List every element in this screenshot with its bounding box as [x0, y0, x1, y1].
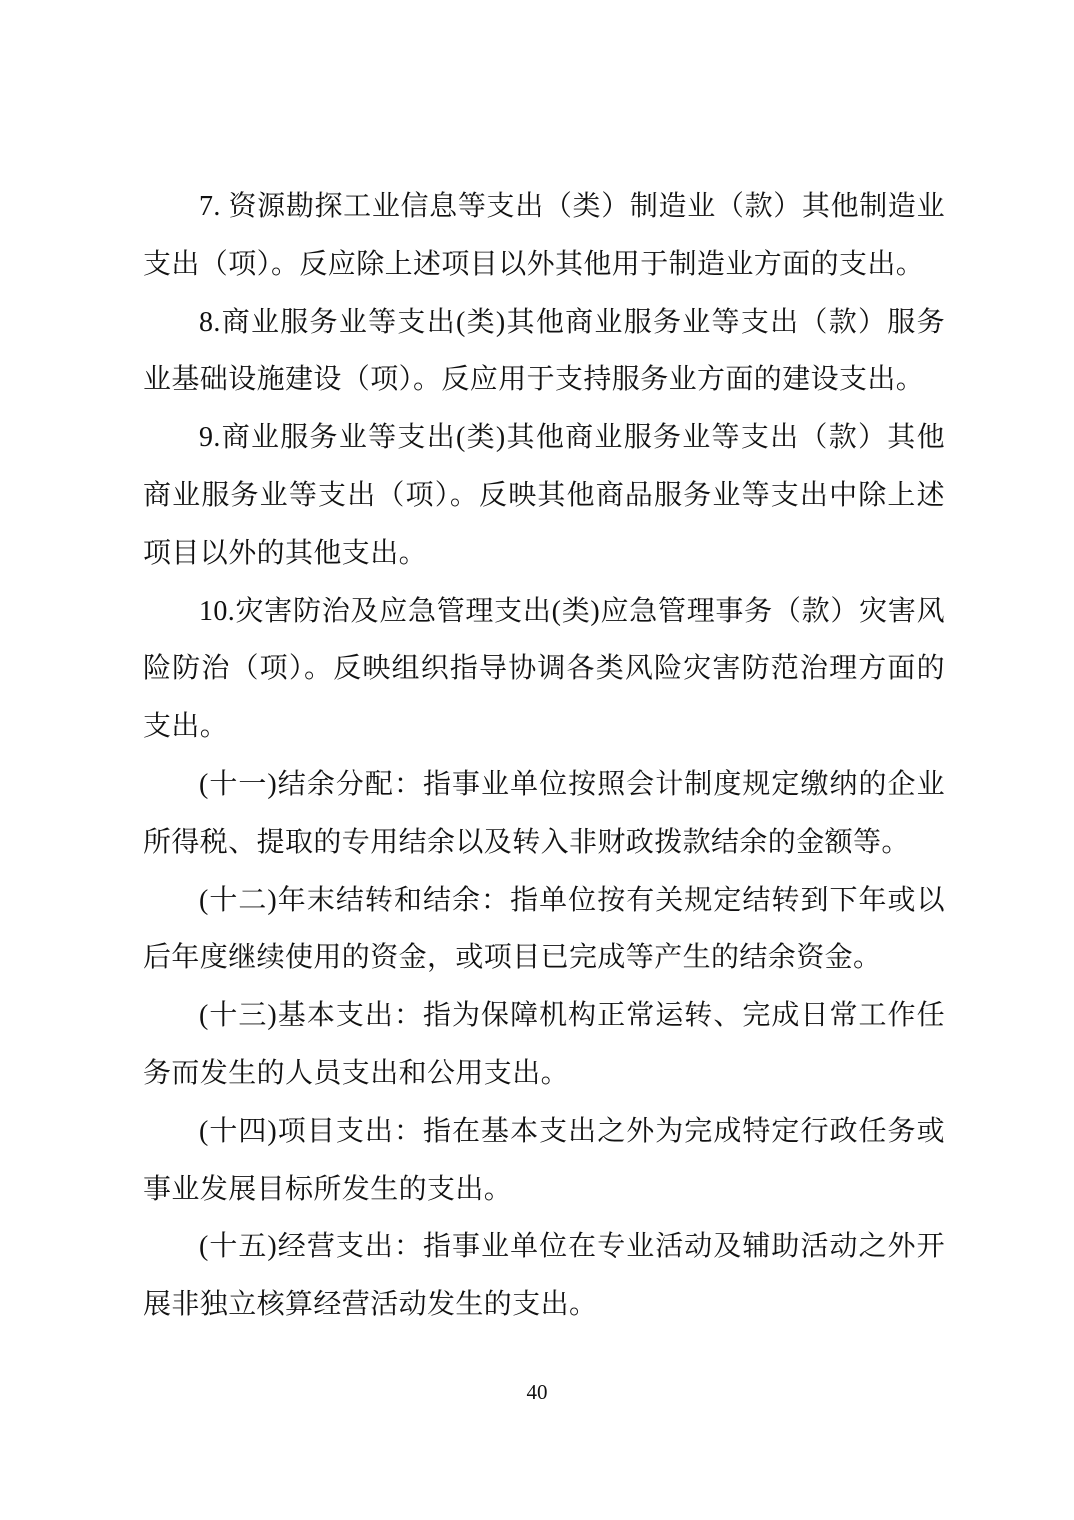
paragraph-item-7: 7. 资源勘探工业信息等支出（类）制造业（款）其他制造业支出（项）。反应除上述项… — [143, 178, 945, 294]
paragraph-item-10: 10.灾害防治及应急管理支出(类)应急管理事务（款）灾害风险防治（项）。反映组织… — [143, 583, 945, 756]
paragraph-item-8: 8.商业服务业等支出(类)其他商业服务业等支出（款）服务业基础设施建设（项）。反… — [143, 294, 945, 410]
paragraph-item-13: (十三)基本支出：指为保障机构正常运转、完成日常工作任务而发生的人员支出和公用支… — [143, 987, 945, 1103]
paragraph-item-14: (十四)项目支出：指在基本支出之外为完成特定行政任务或事业发展目标所发生的支出。 — [143, 1103, 945, 1219]
page-number: 40 — [527, 1380, 548, 1404]
page-footer: 40 — [0, 1380, 1074, 1405]
document-body: 7. 资源勘探工业信息等支出（类）制造业（款）其他制造业支出（项）。反应除上述项… — [143, 178, 945, 1334]
paragraph-item-9: 9.商业服务业等支出(类)其他商业服务业等支出（款）其他商业服务业等支出（项）。… — [143, 409, 945, 582]
paragraph-item-15: (十五)经营支出：指事业单位在专业活动及辅助活动之外开展非独立核算经营活动发生的… — [143, 1218, 945, 1334]
document-page: 7. 资源勘探工业信息等支出（类）制造业（款）其他制造业支出（项）。反应除上述项… — [0, 0, 1074, 1520]
paragraph-item-11: (十一)结余分配：指事业单位按照会计制度规定缴纳的企业所得税、提取的专用结余以及… — [143, 756, 945, 872]
paragraph-item-12: (十二)年末结转和结余：指单位按有关规定结转到下年或以后年度继续使用的资金，或项… — [143, 872, 945, 988]
